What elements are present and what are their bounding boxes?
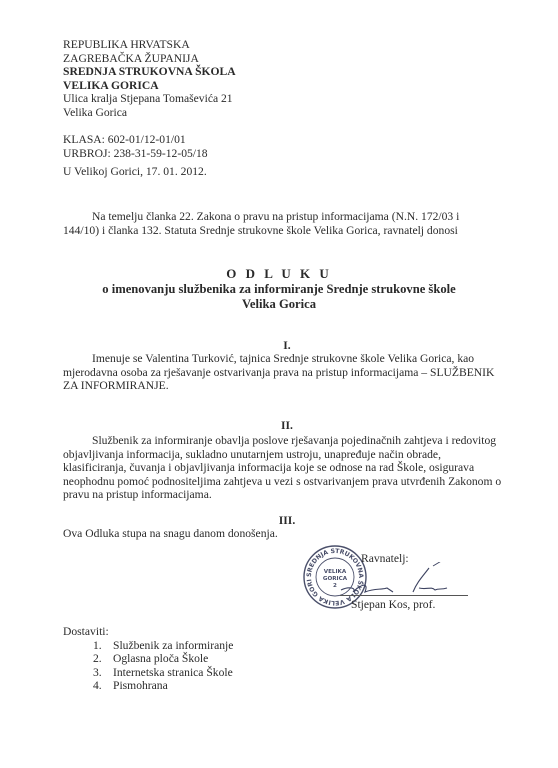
article-line: mjerodavna osoba za rješavanje ostvariva… (63, 366, 494, 380)
document-title: O D L U K U o imenovanju službenika za i… (0, 266, 558, 312)
article-2-number: II. (8, 419, 558, 433)
distribution-label: Dostaviti: (63, 625, 233, 639)
article-2-body: Službenik za informiranje obavlja poslov… (63, 434, 501, 502)
article-3-number: III. (8, 514, 558, 528)
letterhead-line-school: SREDNJA STRUKOVNA ŠKOLA (63, 65, 236, 79)
article-line: Ova Odluka stupa na snagu danom donošenj… (63, 527, 278, 541)
preamble-line: 144/10) i članka 132. Statuta Srednje st… (63, 224, 493, 238)
list-item-text: Službenik za informiranje (93, 639, 233, 652)
list-item-number: 4. (93, 679, 108, 693)
article-1-body: Imenuje se Valentina Turković, tajnica S… (63, 352, 494, 393)
letterhead-line-country: REPUBLIKA HRVATSKA (63, 38, 236, 52)
place-date: U Velikoj Gorici, 17. 01. 2012. (63, 165, 207, 179)
list-item-text: Oglasna ploča Škole (93, 652, 208, 665)
reference-numbers: KLASA: 602-01/12-01/01 URBROJ: 238-31-59… (63, 133, 208, 160)
distribution-list: Dostaviti: 1.Službenik za informiranje 2… (63, 625, 233, 693)
letterhead-line-county: ZAGREBAČKA ŽUPANIJA (63, 52, 236, 66)
letterhead-line-town: Velika Gorica (63, 106, 236, 120)
list-item: 1.Službenik za informiranje (63, 639, 233, 653)
letterhead-line-street: Ulica kralja Stjepana Tomaševića 21 (63, 92, 236, 106)
article-line: neophodnu pomoć podnositeljima zahtjeva … (63, 475, 501, 489)
signatory-name: Stjepan Kos, prof. (351, 598, 435, 612)
article-line: Službenik za informiranje obavlja poslov… (63, 434, 501, 448)
title-subtitle: o imenovanju službenika za informiranje … (0, 282, 558, 312)
urbroj-number: URBROJ: 238-31-59-12-05/18 (63, 147, 208, 161)
distribution-items: 1.Službenik za informiranje 2.Oglasna pl… (63, 639, 233, 693)
letterhead-line-city: VELIKA GORICA (63, 79, 236, 93)
letterhead: REPUBLIKA HRVATSKA ZAGREBAČKA ŽUPANIJA S… (63, 38, 236, 120)
article-1-number: I. (8, 339, 558, 353)
signature-line (340, 595, 468, 596)
title-subtitle-line: Velika Gorica (0, 297, 558, 312)
list-item: 4.Pismohrana (63, 679, 233, 693)
list-item-number: 2. (93, 652, 108, 666)
preamble: Na temelju članka 22. Zakona o pravu na … (63, 210, 493, 237)
article-line: ZA INFORMIRANJE. (63, 379, 494, 393)
article-3-body: Ova Odluka stupa na snagu danom donošenj… (63, 527, 278, 541)
article-line: pravu na pristup informacijama. (63, 488, 501, 502)
title-subtitle-line: o imenovanju službenika za informiranje … (0, 282, 558, 297)
article-line: klasificiranja, čuvanja i objavljivanja … (63, 461, 501, 475)
list-item: 2.Oglasna ploča Škole (63, 652, 233, 666)
article-line: Imenuje se Valentina Turković, tajnica S… (63, 352, 494, 366)
handwritten-signature-icon (335, 562, 455, 602)
list-item-text: Internetska stranica Škole (93, 666, 233, 679)
list-item-number: 1. (93, 639, 108, 653)
preamble-line: Na temelju članka 22. Zakona o pravu na … (63, 210, 493, 224)
list-item-number: 3. (93, 666, 108, 680)
list-item: 3.Internetska stranica Škole (63, 666, 233, 680)
article-line: objavljivanja informacija, sukladno unut… (63, 448, 501, 462)
title-main: O D L U K U (0, 266, 558, 282)
signature-block: SREDNJA STRUKOVNA ŠKOLA VELIKA GORICA VE… (300, 548, 470, 638)
klasa-number: KLASA: 602-01/12-01/01 (63, 133, 208, 147)
